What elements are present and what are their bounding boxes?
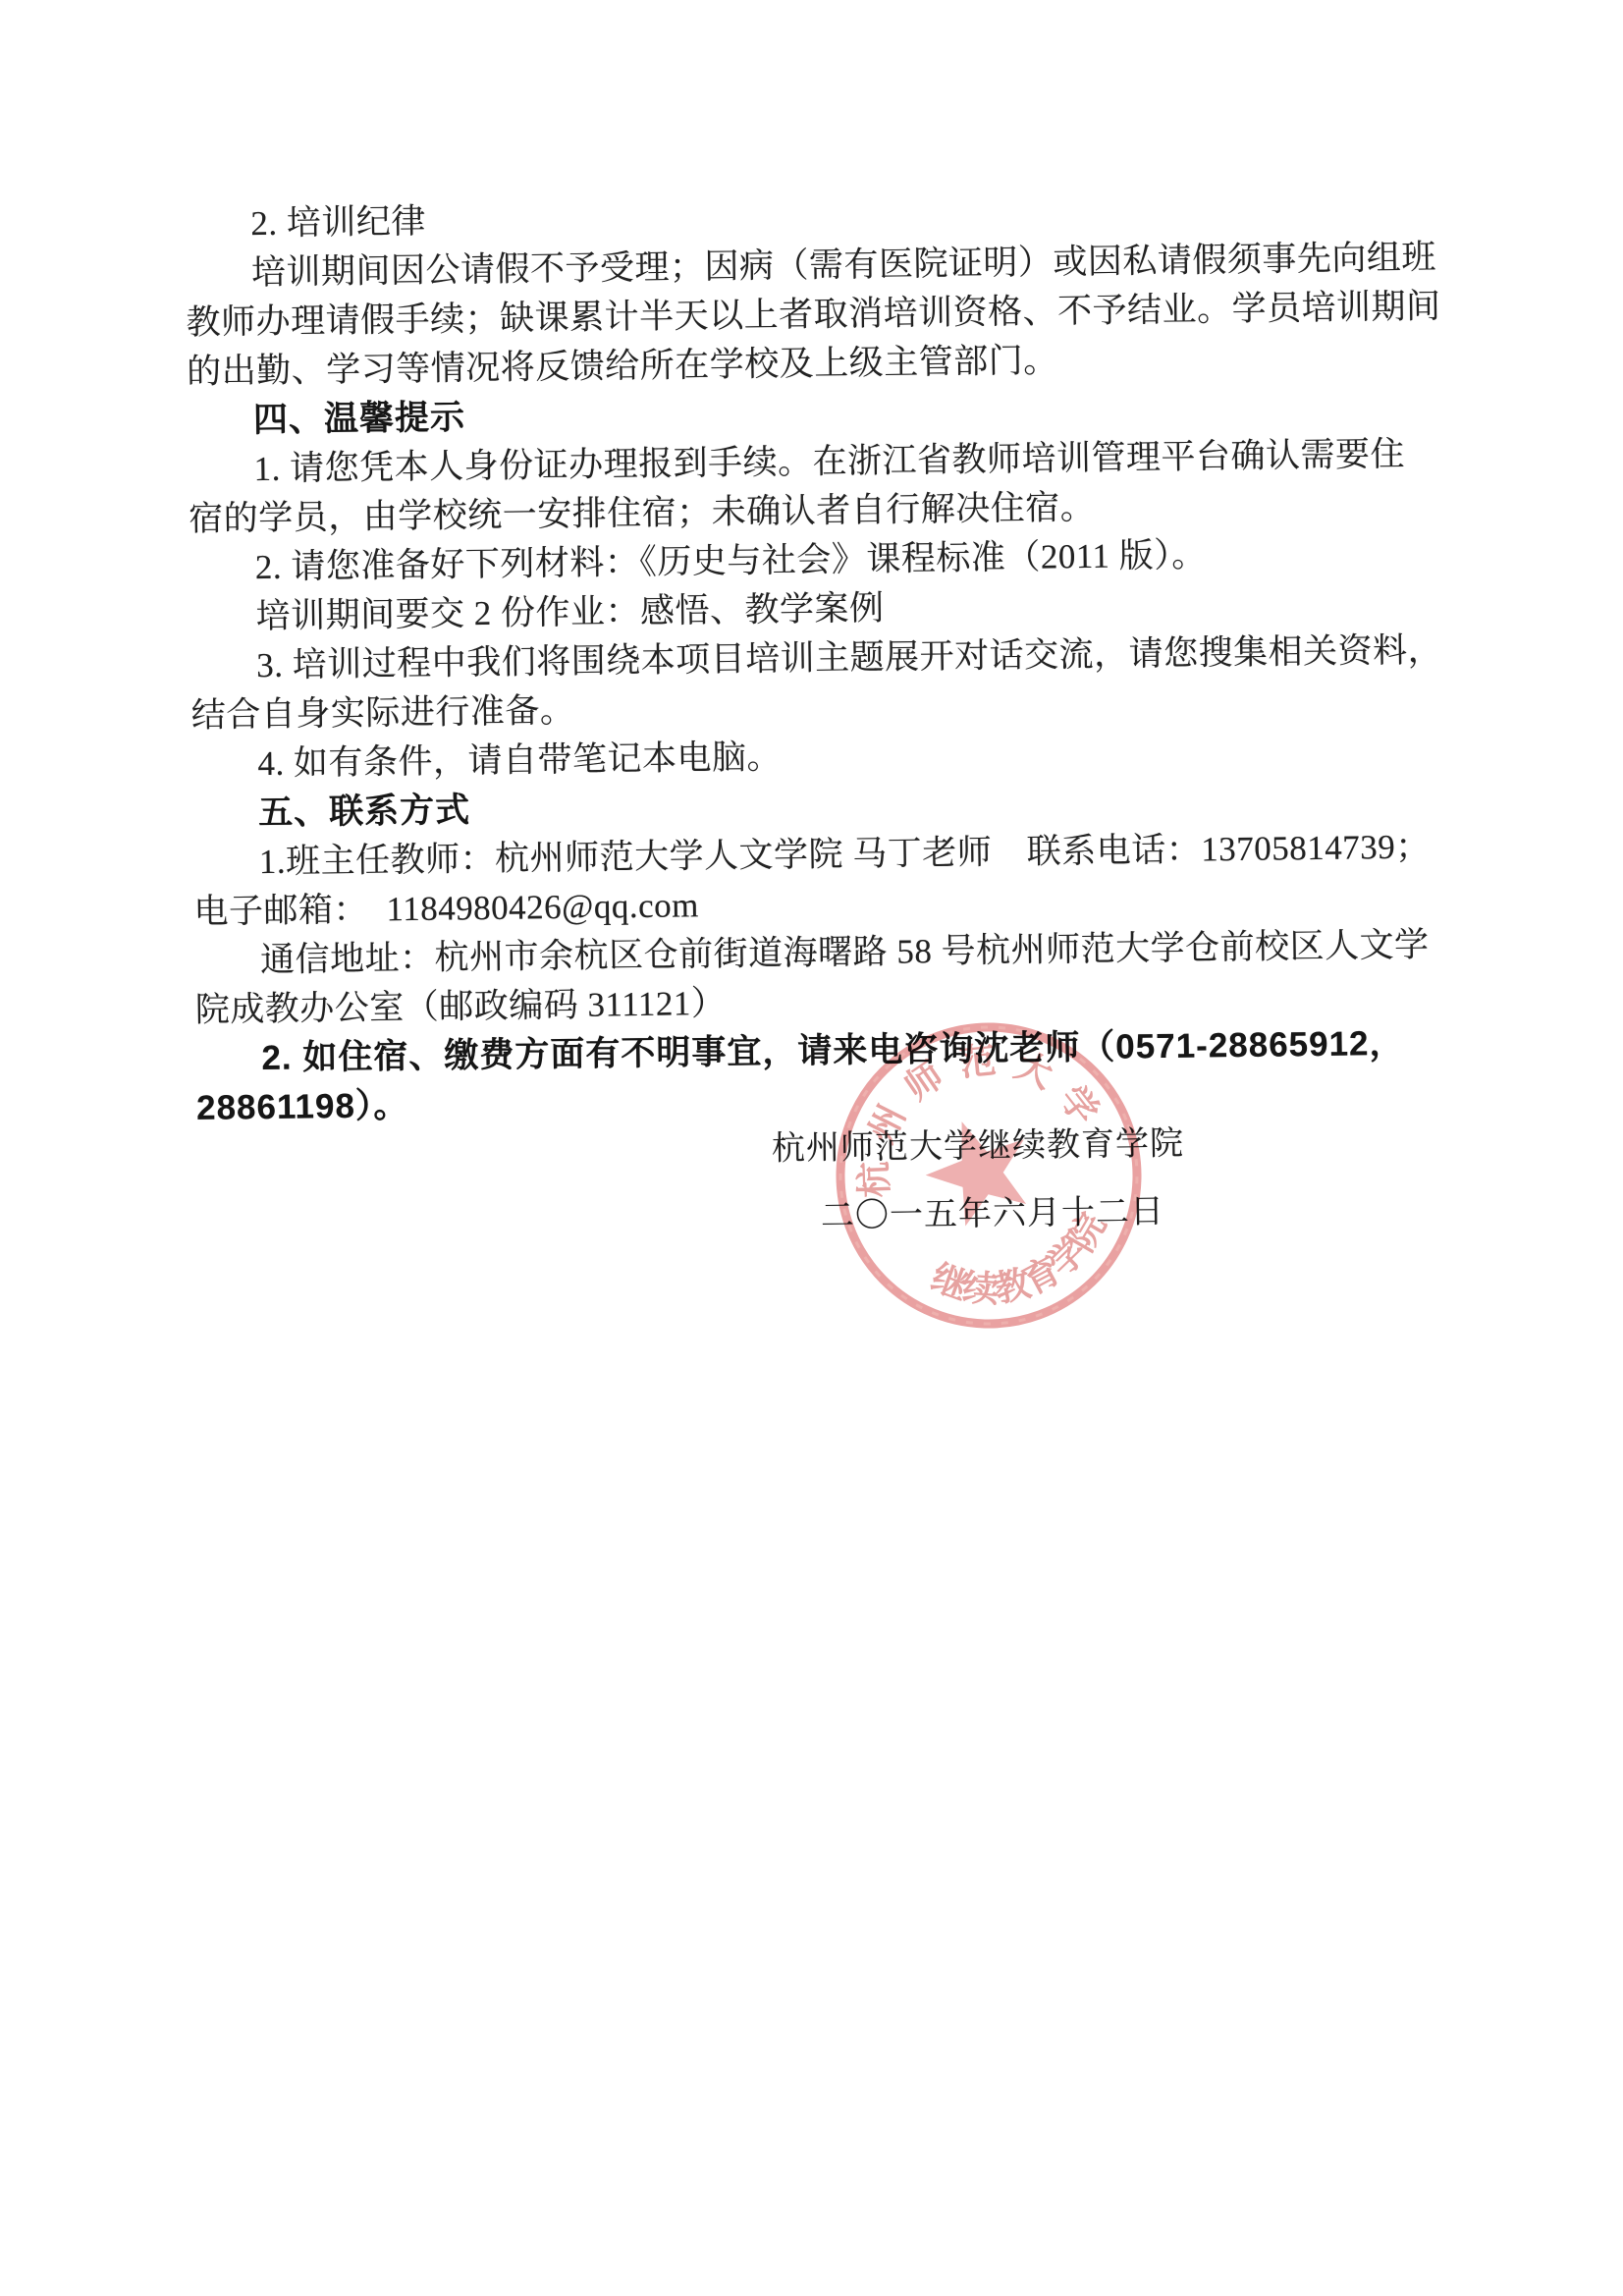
signature-organization: 杭州师范大学继续教育学院 [772,1120,1185,1174]
seal-char: 育 [1016,1249,1067,1302]
seal-char: 教 [991,1263,1036,1311]
seal-char: 续 [961,1267,1001,1310]
signature-date: 二〇一五年六月十二日 [821,1188,1165,1242]
seal-char: 继 [926,1257,974,1308]
scanned-document-page: 2. 培训纪律 培训期间因公请假不予受理；因病（需有医院证明）或因私请假须事先向… [0,0,1623,2296]
document-body: 2. 培训纪律 培训期间因公请假不予受理；因病（需有医院证明）或因私请假须事先向… [185,185,1434,1133]
